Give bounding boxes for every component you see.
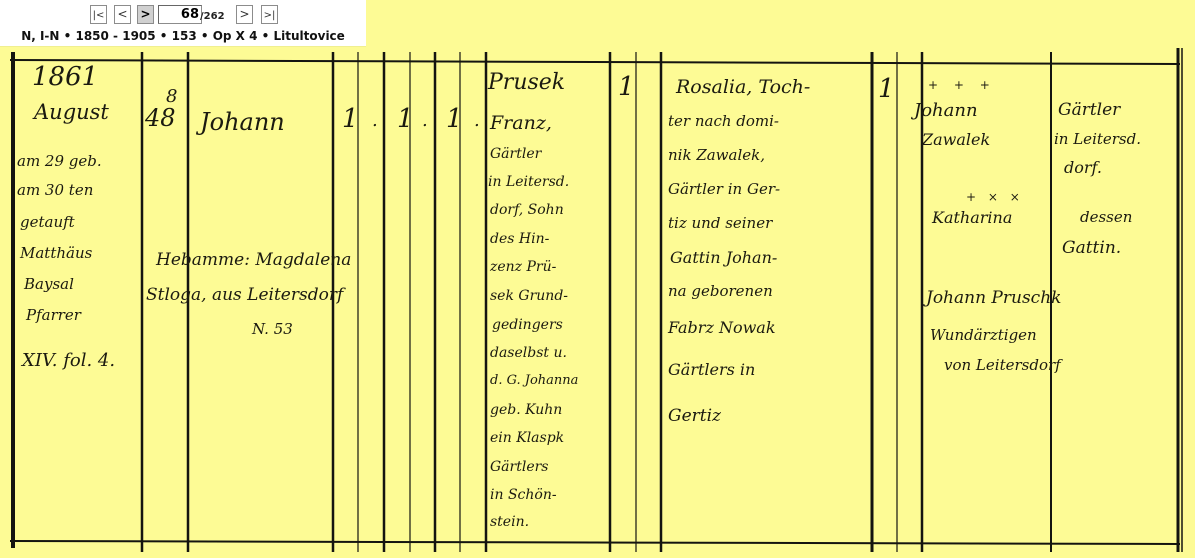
father-line-6: des Hin- (490, 231, 549, 247)
father-surname: Prusek (488, 70, 565, 95)
godparent-status-line-3: dorf. (1064, 158, 1102, 177)
mother-line-3: nik Zawalek, (668, 146, 765, 164)
mother-mark: 1 (878, 74, 895, 104)
mother-line-5: tiz und seiner (668, 214, 772, 232)
skip-last-icon: >| (264, 10, 276, 21)
entry-baptism-day: am 30 ten (17, 181, 93, 199)
previous-page-button[interactable]: < (114, 5, 131, 24)
mark-legitimate: 1 (446, 104, 463, 134)
entry-born-day: am 29 geb. (17, 152, 102, 170)
mother-line-2: ter nach domi- (668, 112, 779, 130)
father-line-3: Gärtler (490, 146, 541, 162)
mother-line-8: Fabrz Nowak (668, 318, 776, 337)
register-caption: N, I-N • 1850 - 1905 • 153 • Op X 4 • Li… (0, 29, 366, 43)
father-line-7: zenz Prü- (490, 259, 556, 275)
chevron-left-icon: < (117, 7, 127, 21)
father-line-15: in Schön- (490, 487, 557, 503)
document-viewer: 1861 August am 29 geb. am 30 ten getauft… (0, 0, 1195, 558)
entry-priest-line-1: Matthäus (20, 244, 92, 262)
godparent-status-line-2: in Leitersd. (1054, 130, 1141, 148)
father-line-4: in Leitersd. (488, 174, 569, 190)
entry-rite: getauft (20, 213, 75, 231)
entry-month: August (34, 100, 109, 124)
mother-line-4: Gärtler in Ger- (668, 180, 780, 198)
godparent-cross-marks-2: + × × (966, 190, 1024, 204)
father-line-12: geb. Kuhn (490, 402, 562, 418)
godparent-status-line-5: Gattin. (1062, 238, 1121, 258)
entry-priest-line-3: Pfarrer (26, 306, 81, 324)
father-line-10: daselbst u. (490, 345, 567, 361)
mother-line-10: Gertiz (668, 406, 721, 426)
slideshow-play-button[interactable]: > (137, 5, 154, 24)
register-page-image: 1861 August am 29 geb. am 30 ten getauft… (0, 0, 1195, 558)
father-mark: 1 (618, 72, 635, 102)
father-line-2: Franz, (490, 112, 552, 134)
entry-priest-line-2: Baysal (24, 275, 74, 293)
last-page-button[interactable]: >| (261, 5, 278, 24)
mark-dot-1: . (372, 110, 378, 131)
mark-dot-3: . (474, 110, 480, 131)
godparent-line-4: Johann Pruschk (926, 288, 1061, 308)
mark-dot-2: . (422, 110, 428, 131)
godparent-line-5: Wundärztigen (930, 326, 1037, 344)
mother-line-7: na geborenen (668, 282, 773, 300)
midwife-line-1: Hebamme: Magdalena (156, 250, 351, 270)
father-line-14: Gärtlers (490, 459, 549, 475)
godparent-line-2: Zawalek (922, 130, 990, 149)
chevron-right-icon: > (239, 7, 249, 21)
godparent-line-6: von Leitersdorf (944, 356, 1061, 374)
house-number: 48 (145, 104, 176, 132)
ledger-grid (0, 0, 1195, 558)
father-line-13: ein Klaspk (490, 430, 564, 446)
mother-line-1: Rosalia, Toch- (676, 76, 810, 98)
entry-volume-ref: XIV. fol. 4. (22, 350, 115, 371)
pager-controls: |< < > /262 > >| (0, 5, 366, 25)
father-line-8: sek Grund- (490, 288, 568, 304)
midwife-line-3: N. 53 (252, 320, 293, 338)
mark-catholic: 1 (342, 104, 359, 134)
first-page-button[interactable]: |< (90, 5, 107, 24)
midwife-line-2: Stloga, aus Leitersdorf (146, 285, 343, 305)
child-name: Johann (200, 108, 285, 136)
father-line-16: stein. (490, 514, 529, 530)
father-line-9: gedingers (492, 317, 563, 333)
page-total: /262 (200, 11, 225, 22)
godparent-line-3: Katharina (932, 208, 1012, 227)
godparent-status-line-1: Gärtler (1058, 100, 1120, 120)
godparent-cross-marks-1: + + + (928, 78, 996, 92)
mark-boy: 1 (397, 104, 414, 134)
page-navigation-panel: |< < > /262 > >| N, I-N • 1850 - 1905 • … (0, 0, 366, 46)
godparent-line-1: Johann (914, 100, 978, 121)
play-icon: > (140, 7, 150, 21)
skip-first-icon: |< (93, 10, 105, 21)
father-line-11: d. G. Johanna (490, 373, 578, 388)
godparent-status-line-4: dessen (1080, 208, 1132, 226)
entry-year: 1861 (32, 62, 98, 92)
page-number-input[interactable] (158, 5, 202, 24)
next-page-button[interactable]: > (236, 5, 253, 24)
mother-line-9: Gärtlers in (668, 360, 755, 379)
mother-line-6: Gattin Johan- (670, 248, 777, 267)
father-line-5: dorf, Sohn (490, 202, 564, 218)
